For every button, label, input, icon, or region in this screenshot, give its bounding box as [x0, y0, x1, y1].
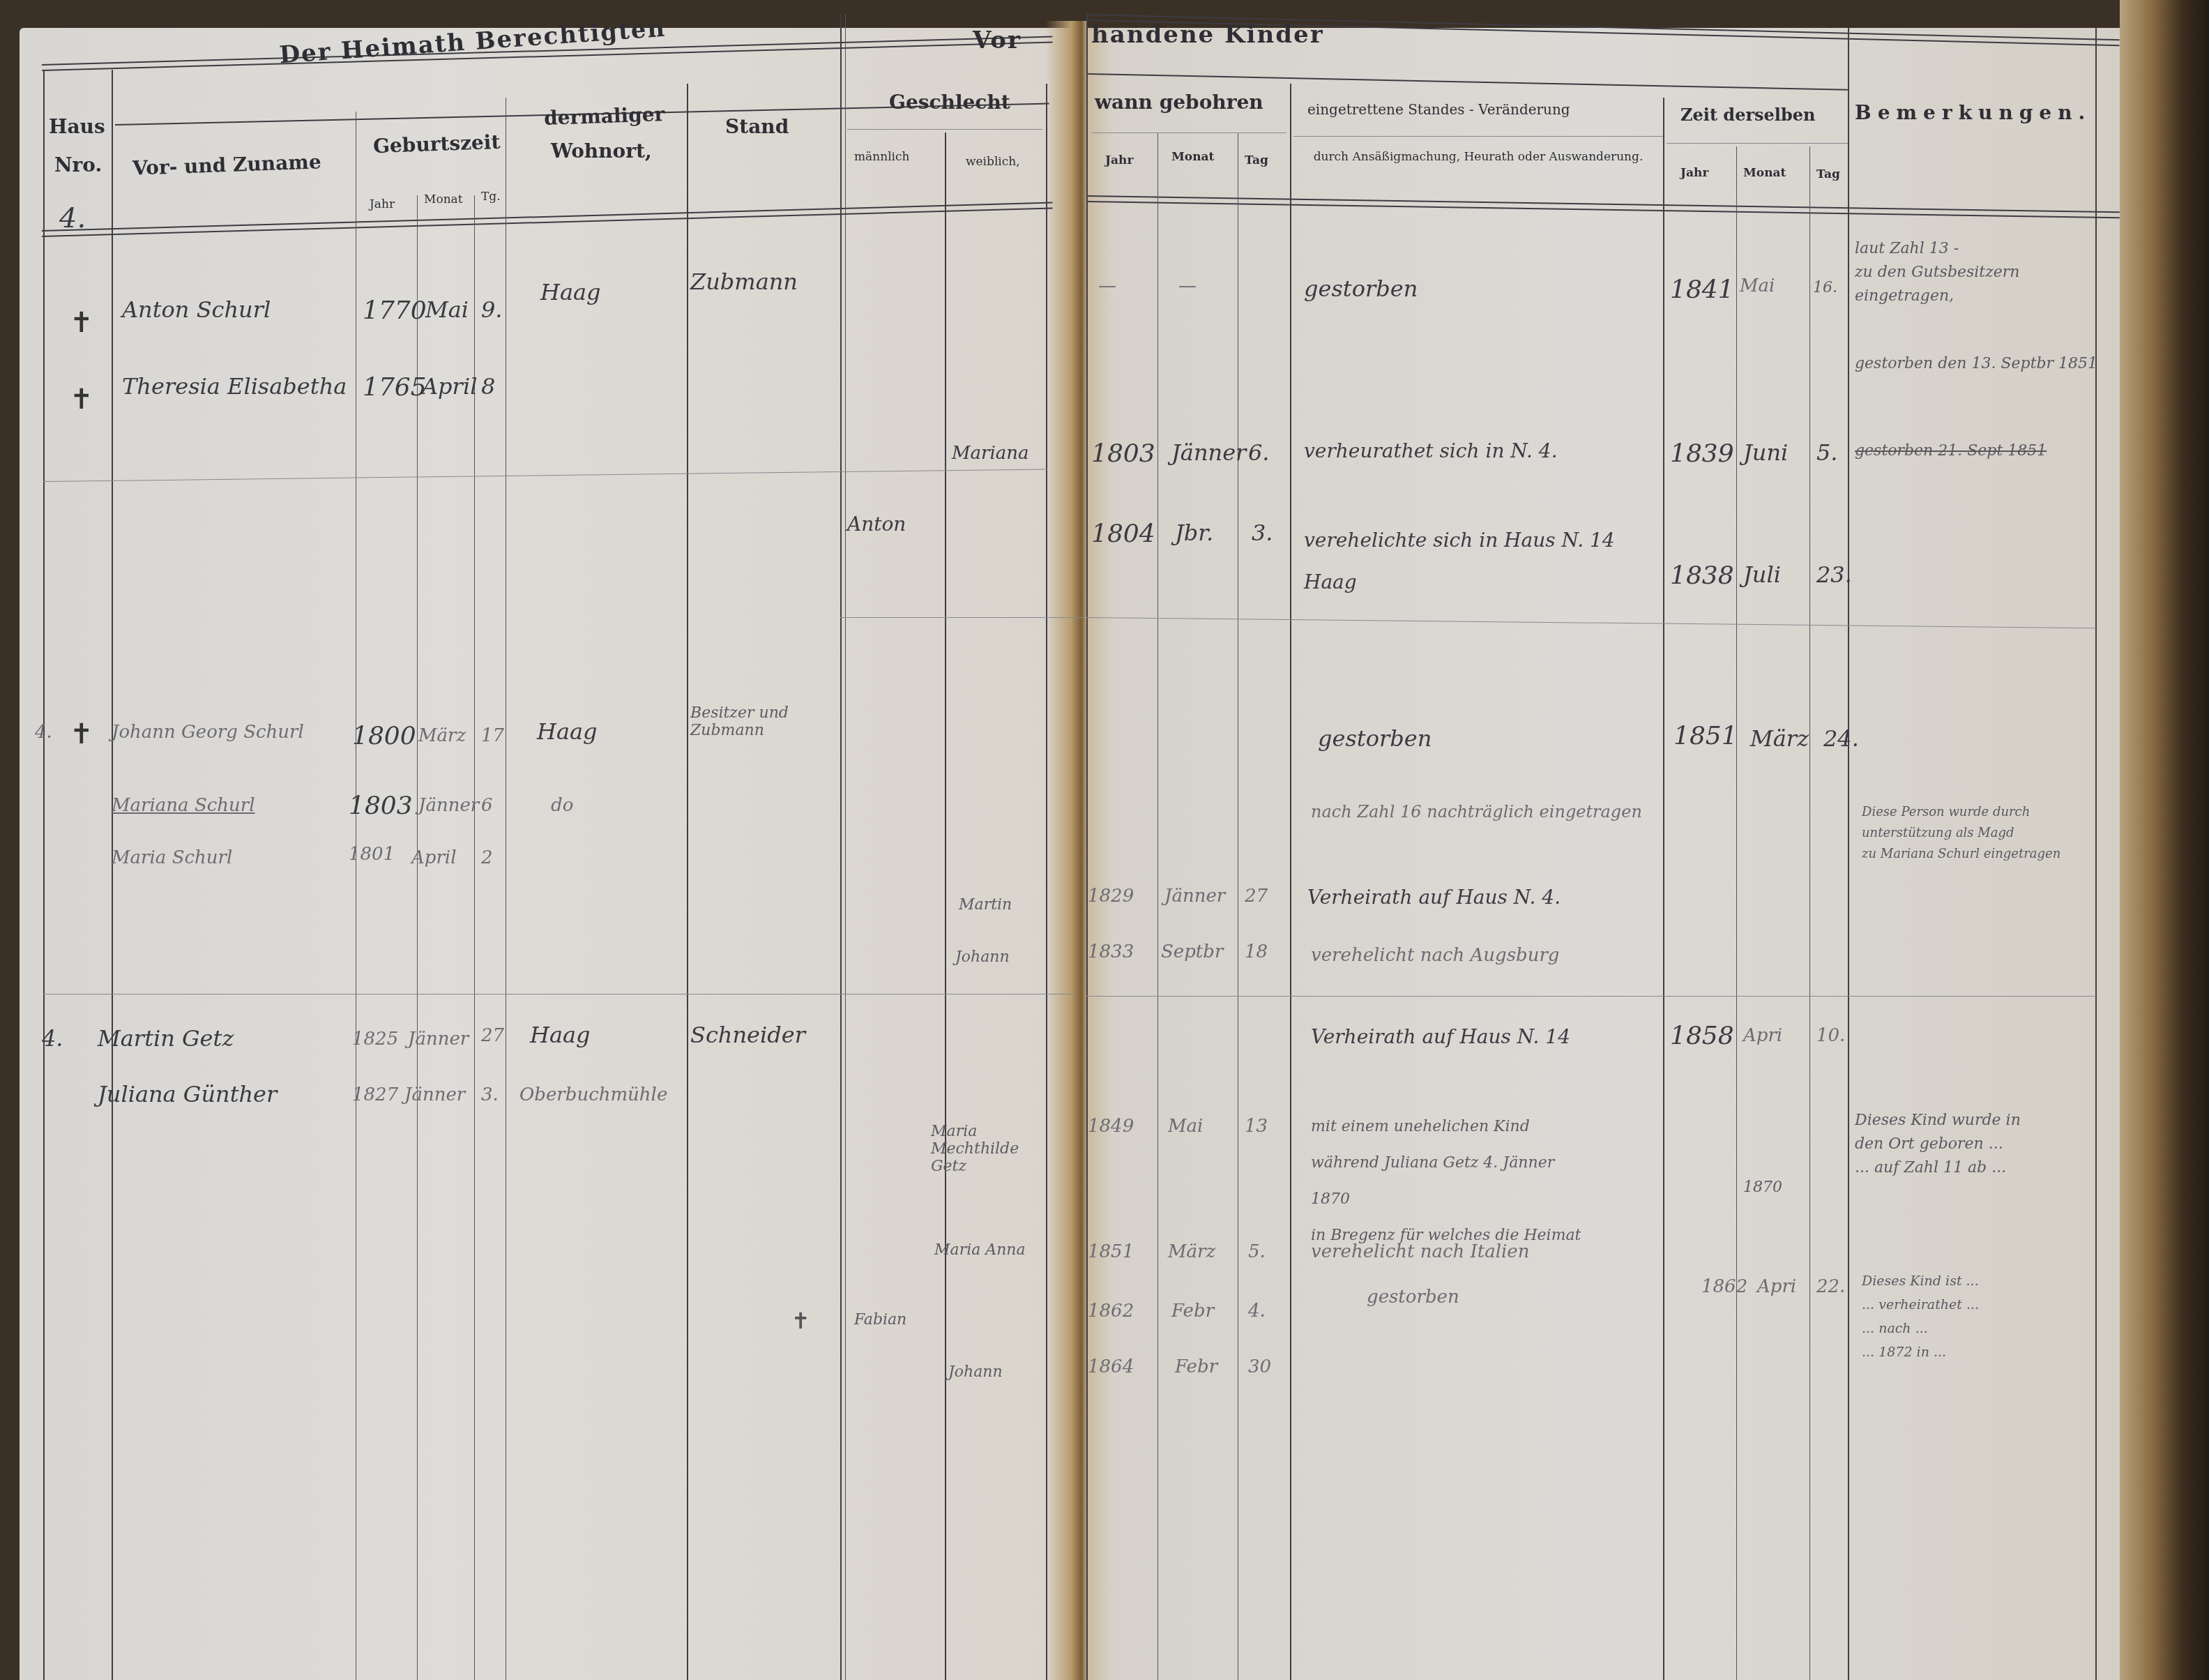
change-text: verheurathet sich in N. 4.	[1304, 439, 1558, 462]
entry-name: Juliana Günther	[98, 1081, 277, 1107]
child-born-day: 18	[1245, 941, 1268, 962]
col-line	[1809, 146, 1810, 1680]
empty-dash: —	[1178, 275, 1197, 296]
deceased-cross-mark: ✝	[791, 1308, 810, 1334]
entry-birth-year: 1770	[363, 296, 427, 325]
header-veraenderung-sub: durch Ansäßigmachung, Heurath oder Auswa…	[1304, 150, 1653, 164]
entry-birth-day: 6	[481, 795, 493, 816]
row-rule	[1086, 996, 2097, 997]
entry-birth-year: 1827	[352, 1084, 398, 1105]
change-text: mit einem unehelichen Kind während Julia…	[1311, 1109, 1581, 1254]
title-vor: Vor	[973, 27, 1022, 54]
header-stand: Stand	[725, 115, 789, 138]
entry-stand: Schneider	[690, 1022, 805, 1048]
change-day: 22.	[1816, 1276, 1845, 1297]
entry-house-number: 4.	[35, 722, 52, 743]
col-line	[417, 195, 418, 1680]
remark-text: Diese Person wurde durch unterstützung a…	[1862, 802, 2113, 865]
change-text: verehelicht nach Augsburg	[1311, 945, 1559, 966]
change-year: 1862	[1701, 1276, 1747, 1297]
deceased-cross-mark: ✝	[70, 718, 93, 750]
change-year: 1851	[1673, 722, 1738, 750]
header-nro: Nro.	[54, 153, 102, 176]
entry-birth-day: 8	[481, 373, 495, 400]
sub-rule	[1091, 133, 1286, 133]
header-veraenderung: eingetrettene Standes - Veränderung	[1307, 101, 1570, 118]
child-born-day: 3.	[1252, 520, 1273, 546]
child-name: Maria Anna	[934, 1241, 1026, 1259]
child-born-month: Jänner	[1164, 886, 1225, 907]
child-born-day: 27	[1245, 886, 1268, 907]
entry-birth-month: Jänner	[408, 1029, 469, 1050]
entry-birth-month: April	[422, 373, 477, 400]
remark-text: gestorben den 13. Septbr 1851	[1855, 352, 2113, 376]
change-month: Apri	[1757, 1276, 1796, 1297]
book-gutter	[1046, 21, 1088, 1680]
header-kind-jahr: Jahr	[1105, 153, 1133, 167]
entry-birth-day: 3.	[481, 1084, 499, 1105]
header-jahr: Jahr	[370, 197, 395, 211]
change-day: 16.	[1813, 279, 1837, 296]
entry-name: Johann Georg Schurl	[112, 722, 304, 743]
child-born-year: 1804	[1091, 520, 1155, 548]
entry-birth-year: 1800	[352, 722, 416, 750]
remark-text: Dieses Kind wurde in den Ort geboren ...…	[1855, 1109, 2113, 1180]
book-edge	[2120, 0, 2209, 1680]
change-text: verehelichte sich in Haus N. 14 Haag	[1304, 520, 1615, 603]
header-kind-tag: Tag	[1245, 153, 1268, 167]
col-line	[1238, 133, 1238, 1680]
change-text: Verheirath auf Haus N. 14	[1311, 1025, 1570, 1048]
entry-residence: Haag	[537, 718, 598, 745]
col-line	[356, 112, 356, 1680]
child-born-day: 13	[1245, 1116, 1268, 1137]
child-born-year: 1862	[1088, 1301, 1134, 1322]
entry-birth-day: 2	[481, 847, 493, 868]
child-born-day: 30	[1248, 1356, 1271, 1377]
header-tag: Tg.	[481, 190, 501, 204]
change-year: 1870	[1743, 1179, 1782, 1196]
sub-rule	[1293, 136, 1663, 137]
remark-text: gestorben 21. Sept 1851	[1855, 439, 2113, 463]
title-handene-kinder: handene Kinder	[1091, 21, 1324, 49]
col-line	[474, 195, 475, 1680]
entry-birth-month: Jänner	[418, 795, 479, 816]
entry-birth-month: März	[418, 725, 466, 746]
child-male-name: Anton	[847, 513, 906, 536]
remark-text: Dieses Kind ist ... ... verheirathet ...…	[1862, 1269, 2113, 1364]
deceased-cross-mark: ✝	[70, 384, 93, 416]
header-monat: Monat	[424, 192, 463, 206]
deceased-cross-mark: ✝	[70, 307, 93, 339]
change-year: 1858	[1670, 1022, 1734, 1050]
child-name: Maria Mechthilde Getz	[931, 1123, 1056, 1175]
change-day: 23.	[1816, 561, 1852, 588]
col-line	[1290, 84, 1291, 1680]
entry-birth-day: 27	[481, 1025, 504, 1046]
child-born-month: Jänner	[1171, 439, 1246, 466]
entry-name: Anton Schurl	[122, 296, 271, 323]
entry-stand: Zubmann	[690, 268, 798, 295]
entry-birth-month: April	[411, 847, 456, 868]
entry-residence: Oberbuchmühle	[519, 1084, 667, 1105]
house-number: 4.	[59, 202, 86, 234]
entry-name: Mariana Schurl	[112, 795, 255, 816]
change-month: Juni	[1743, 439, 1788, 466]
col-line	[1848, 28, 1849, 1680]
entry-residence: Haag	[540, 279, 601, 305]
child-name: Johann	[948, 1363, 1003, 1381]
col-line	[845, 14, 846, 1680]
change-text: gestorben	[1318, 725, 1432, 752]
col-line	[43, 70, 45, 1680]
entry-birth-year: 1803	[349, 792, 413, 820]
entry-birth-day: 9.	[481, 296, 503, 323]
row-rule	[43, 994, 1075, 994]
entry-birth-year: 1801	[349, 844, 395, 865]
child-born-year: 1833	[1088, 941, 1134, 962]
empty-dash: —	[1098, 275, 1116, 296]
header-wann-gebohren: wann gebohren	[1095, 91, 1263, 114]
change-month: März	[1750, 725, 1809, 752]
change-day: 24.	[1823, 725, 1859, 752]
entry-name: Maria Schurl	[112, 847, 232, 868]
change-text: gestorben	[1304, 275, 1418, 302]
entry-name: Theresia Elisabetha	[122, 373, 347, 400]
entry-stand: Besitzer und Zubmann	[690, 704, 830, 739]
header-bemerkungen: Bemerkungen.	[1855, 101, 2091, 124]
col-line	[506, 98, 506, 1680]
col-line	[840, 14, 842, 1680]
change-day: 10.	[1816, 1025, 1845, 1046]
header-maennlich: männlich	[854, 150, 910, 164]
child-born-year: 1851	[1088, 1241, 1134, 1262]
child-born-month: Septbr	[1161, 941, 1223, 962]
change-text: verehelicht nach Italien	[1311, 1241, 1529, 1262]
child-born-month: Jbr.	[1175, 520, 1213, 546]
col-line	[1736, 146, 1737, 1680]
child-born-month: Febr	[1175, 1356, 1217, 1377]
entry-birth-month: Mai	[425, 296, 469, 323]
col-line	[1046, 84, 1047, 1680]
header-weiblich: weiblich,	[966, 155, 1020, 169]
change-year: 1838	[1670, 561, 1734, 590]
col-line	[1086, 14, 1088, 1680]
child-born-year: 1803	[1091, 439, 1155, 468]
child-born-day: 6.	[1248, 439, 1270, 466]
child-born-year: 1829	[1088, 886, 1134, 907]
sub-rule	[1667, 143, 1848, 144]
child-name: Johann	[955, 948, 1010, 966]
child-born-month: März	[1168, 1241, 1215, 1262]
col-line	[687, 84, 688, 1680]
header-geschlecht: Geschlecht	[889, 91, 1010, 114]
entry-name: Martin Getz	[98, 1025, 234, 1052]
entry-birth-year: 1765	[363, 373, 427, 402]
child-born-month: Mai	[1168, 1116, 1203, 1137]
entry-residence: do	[551, 795, 573, 816]
child-born-day: 5.	[1248, 1241, 1266, 1262]
header-zeit-jahr: Jahr	[1680, 166, 1708, 180]
row-rule	[840, 617, 1084, 618]
change-text: gestorben	[1367, 1287, 1459, 1308]
entry-birth-day: 17	[481, 725, 504, 746]
change-year: 1839	[1670, 439, 1734, 468]
header-dermaliger: dermaliger	[543, 103, 665, 130]
geschlecht-rule	[847, 129, 1042, 130]
change-month: Mai	[1740, 275, 1775, 296]
entry-birth-month: Jänner	[404, 1084, 465, 1105]
child-born-day: 4.	[1248, 1301, 1266, 1322]
header-zeit-monat: Monat	[1743, 166, 1786, 180]
child-born-year: 1849	[1088, 1116, 1134, 1137]
remark-text: laut Zahl 13 - zu den Gutsbesitzern eing…	[1855, 237, 2113, 308]
child-male-name: Fabian	[854, 1311, 906, 1329]
entry-house-number: 4.	[42, 1025, 63, 1052]
header-geburtszeit: Geburtszeit	[372, 130, 500, 158]
change-text: nach Zahl 16 nachträglich eingetragen	[1311, 802, 1642, 822]
change-day: 5.	[1816, 439, 1838, 466]
child-born-year: 1864	[1088, 1356, 1134, 1377]
header-kind-monat: Monat	[1171, 150, 1214, 164]
col-line	[112, 70, 113, 1680]
col-line	[945, 133, 946, 1680]
header-wohnort: Wohnort,	[551, 139, 652, 162]
child-born-month: Febr	[1171, 1301, 1214, 1322]
change-month: Apri	[1743, 1025, 1782, 1046]
header-zeit-tag: Tag	[1816, 167, 1840, 181]
col-line	[1157, 133, 1158, 1680]
entry-birth-year: 1825	[352, 1029, 398, 1050]
change-month: Juli	[1743, 561, 1781, 588]
col-line	[1663, 98, 1664, 1680]
child-female-name: Mariana	[952, 443, 1029, 464]
change-text: Verheirath auf Haus N. 4.	[1307, 886, 1561, 909]
change-year: 1841	[1670, 275, 1734, 304]
header-zeit-derselben: Zeit derselben	[1680, 105, 1815, 125]
entry-residence: Haag	[530, 1022, 591, 1048]
child-name: Martin	[959, 896, 1012, 914]
header-haus: Haus	[49, 115, 105, 138]
